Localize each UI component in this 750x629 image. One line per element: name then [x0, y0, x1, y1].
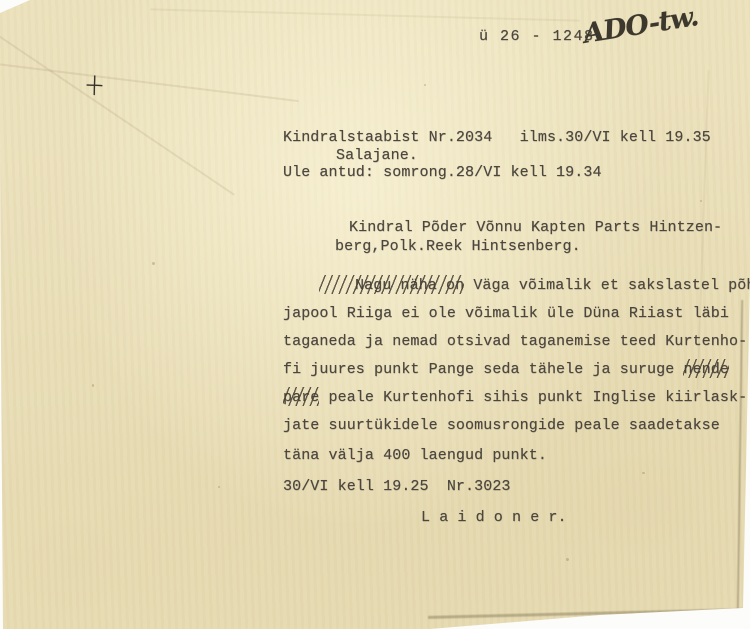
header-line-origin-and-received: Kindralstaabist Nr.2034 ilms.30/VI kell …: [283, 128, 711, 147]
body-line-1-text: Väga võimalik et sakslastel põh-: [464, 277, 750, 294]
struck-text: nende: [683, 360, 729, 379]
paper-speck: [218, 486, 220, 488]
paper-crease: [0, 26, 235, 195]
body-line-6: jate suurtükidele soomusrongide peale sa…: [283, 416, 720, 435]
struck-text: Nagu näha on: [319, 276, 464, 295]
paper-speck: [642, 472, 645, 474]
paper-sheet: ü 26 - 1248 ADO-tw. + Kindralstaabist Nr…: [0, 0, 750, 629]
paper-speck: [424, 84, 426, 86]
paper-speck: [700, 200, 702, 202]
cross-mark: +: [84, 66, 106, 103]
body-line-2: japool Riiga ei ole võimalik üle Düna Ri…: [283, 304, 729, 323]
struck-text: pare: [283, 388, 319, 407]
document-photo: ü 26 - 1248 ADO-tw. + Kindralstaabist Nr…: [0, 0, 750, 629]
body-line-4: fi juures punkt Pange seda tähele ja sur…: [283, 360, 729, 379]
addressee-line-2: berg,Polk.Reek Hintsenberg.: [335, 237, 581, 256]
paper-edge-shadow: [428, 608, 748, 619]
body-line-3: taganeda ja nemad otsivad taganemise tee…: [283, 332, 747, 351]
paper-speck: [152, 262, 155, 265]
body-line-7: täna välja 400 laengud punkt.: [283, 446, 547, 465]
body-line-4-text: fi juures punkt Pange seda tähele ja sur…: [283, 361, 683, 378]
handwritten-annotation: ADO-tw.: [581, 1, 700, 50]
body-line-5: pare peale Kurtenhofi sihis punkt Inglis…: [283, 388, 747, 407]
body-line-1: Nagu näha on Väga võimalik et sakslastel…: [283, 276, 750, 295]
paper-speck: [92, 384, 94, 387]
signature: L a i d o n e r.: [421, 508, 567, 527]
registration-number: ü 26 - 1248: [479, 27, 595, 46]
addressee-line-1: Kindral Põder Võnnu Kapten Parts Hintzen…: [349, 218, 722, 237]
dateline: 30/VI kell 19.25 Nr.3023: [283, 477, 511, 496]
header-line-transmitted: Ule antud: somrong.28/VI kell 19.34: [283, 163, 602, 182]
paper-speck: [566, 558, 569, 561]
paper-crease: [150, 8, 580, 21]
body-line-5-text: peale Kurtenhofi sihis punkt Inglise kii…: [319, 389, 747, 406]
